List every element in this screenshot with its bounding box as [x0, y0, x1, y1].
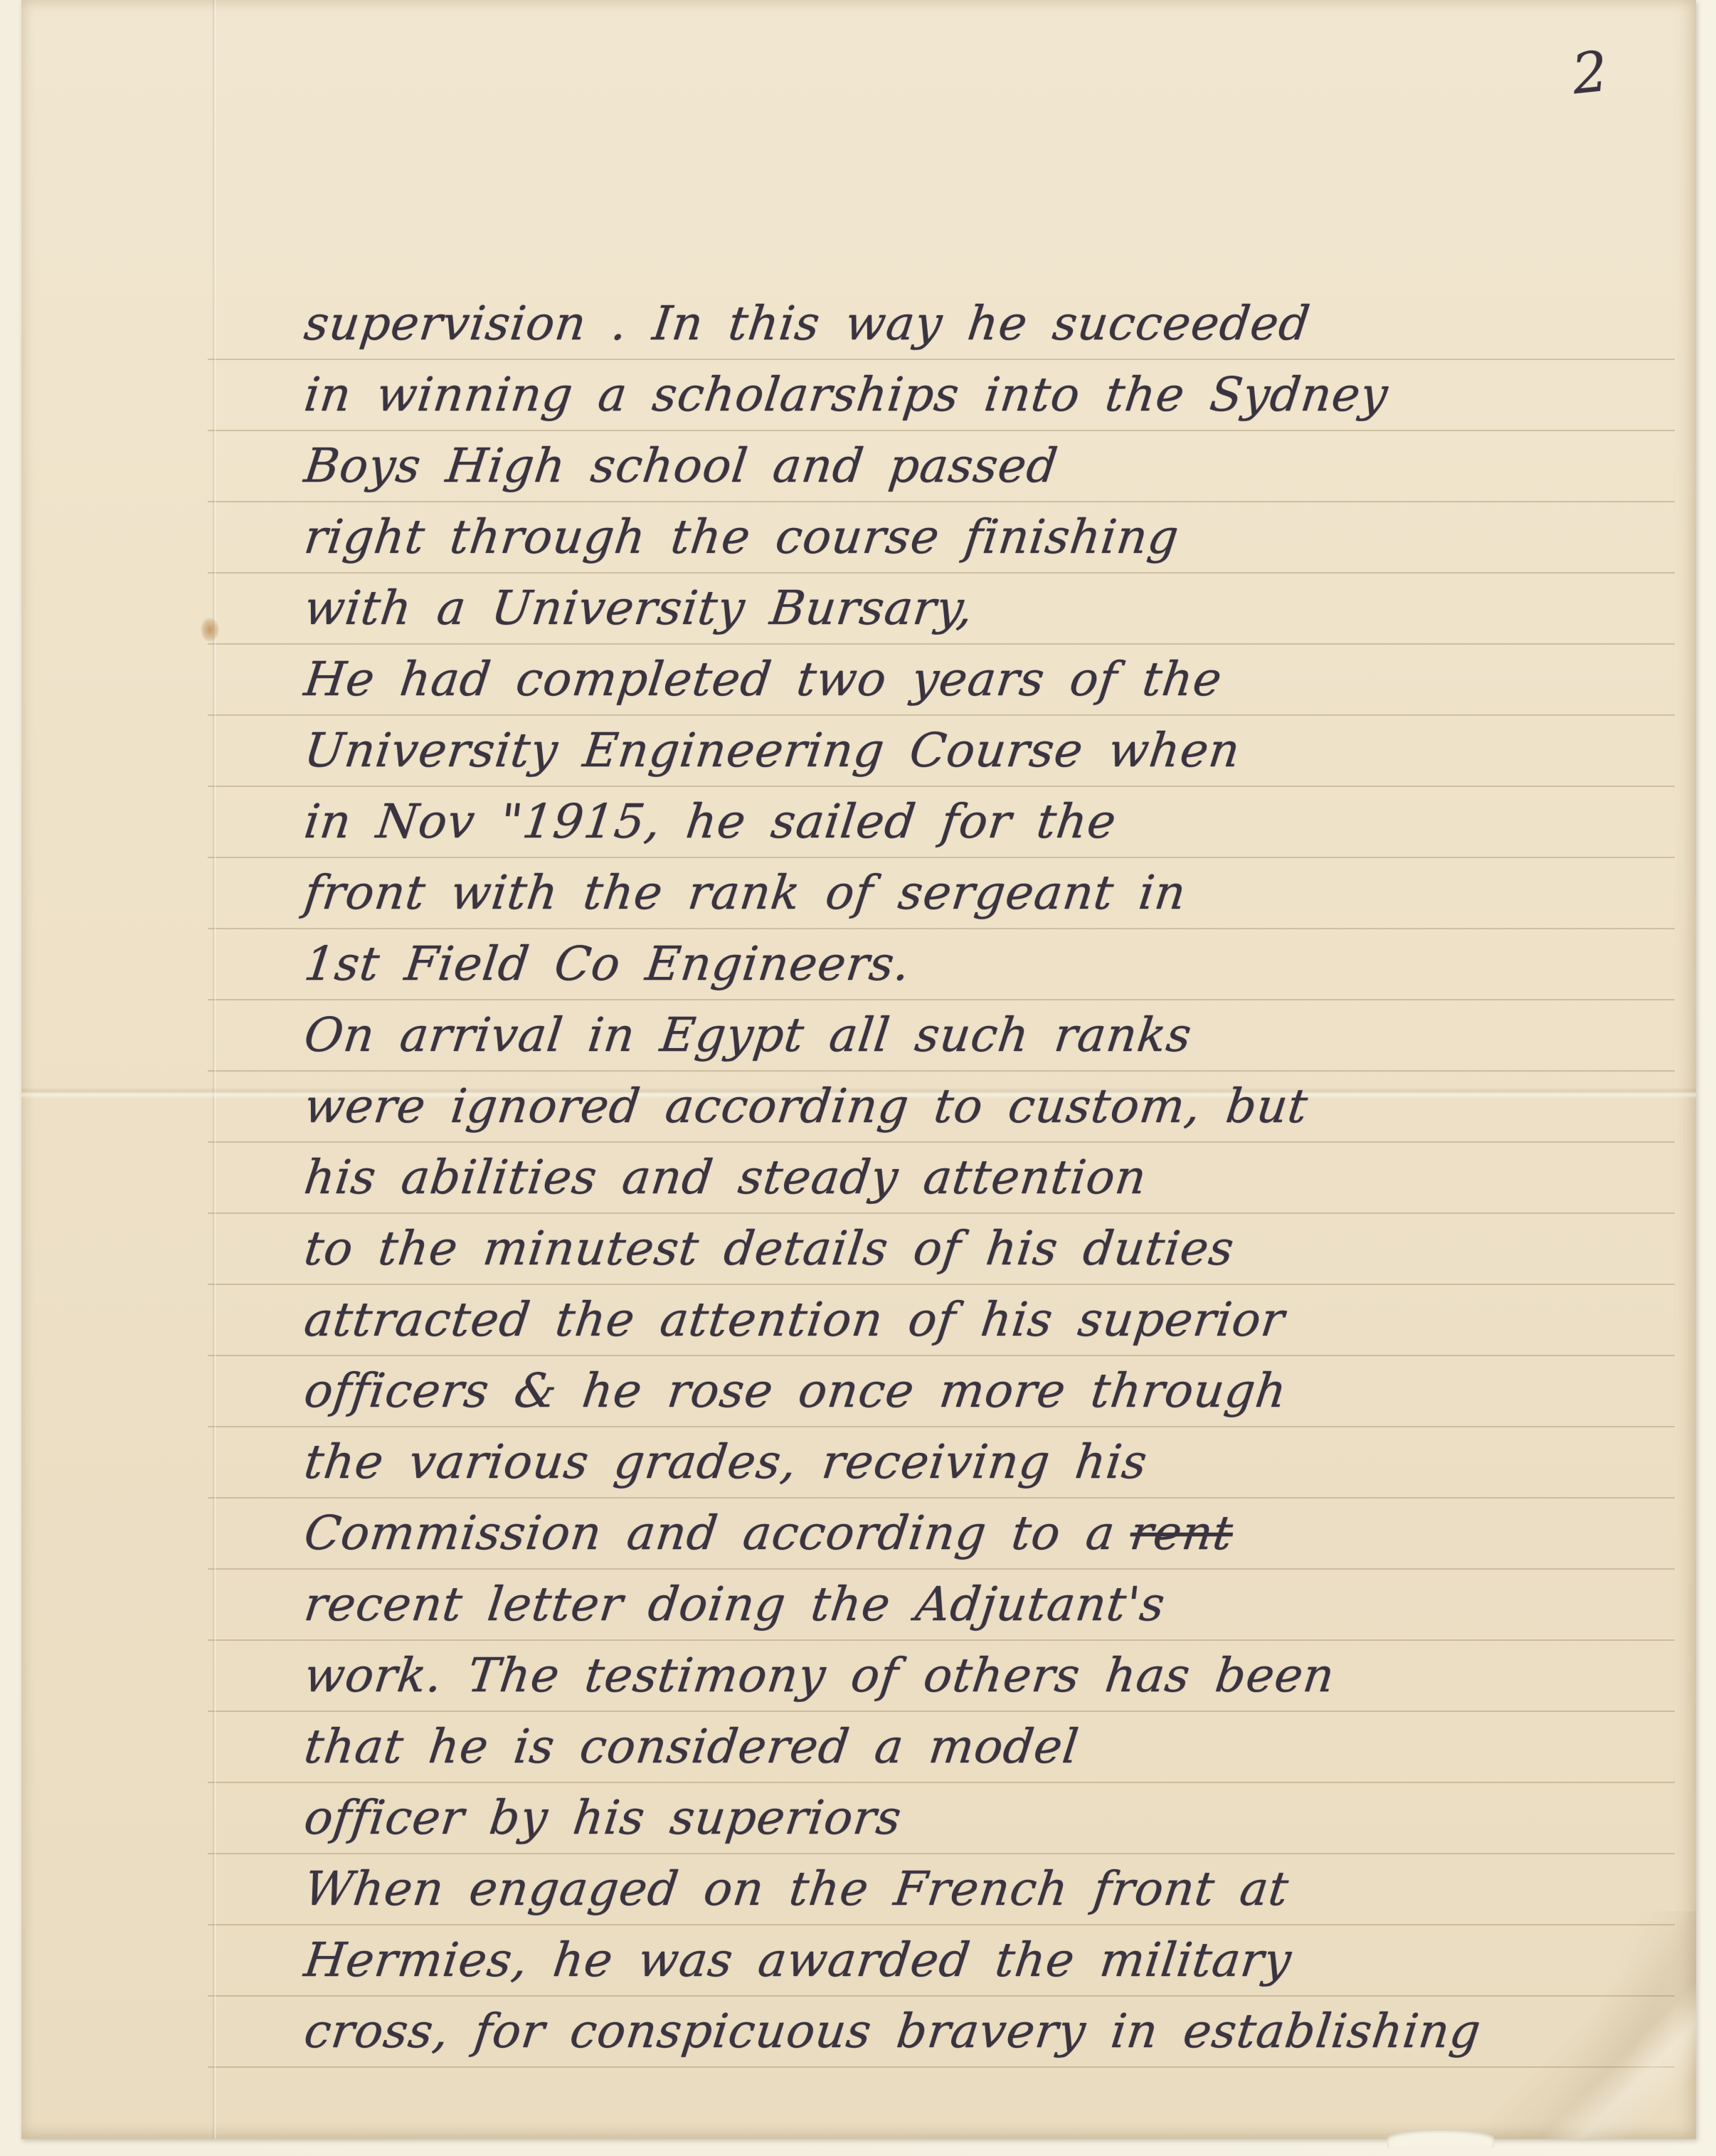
handwritten-text: 1st Field Co Engineers. — [301, 936, 913, 991]
handwritten-line: in Nov "1915, he sailed for the — [300, 786, 1689, 857]
handwritten-text: Boys High school and passed — [301, 438, 1061, 493]
handwritten-line: in winning a scholarships into the Sydne… — [300, 359, 1689, 430]
handwritten-text: to the minutest details of his duties — [301, 1221, 1237, 1276]
handwritten-text: University Engineering Course when — [301, 723, 1243, 778]
handwritten-text: in winning a scholarships into the Sydne… — [301, 367, 1391, 422]
handwritten-line: 1st Field Co Engineers. — [300, 929, 1689, 1000]
handwritten-text: recent letter doing the Adjutant's — [301, 1577, 1168, 1632]
page-number: 2 — [1569, 40, 1611, 107]
handwritten-line: the various grades, receiving his — [300, 1427, 1689, 1498]
handwritten-text: his abilities and steady attention — [301, 1150, 1150, 1205]
handwritten-text: On arrival in Egypt all such ranks — [301, 1008, 1195, 1062]
handwritten-line: to the minutest details of his duties — [300, 1213, 1689, 1284]
handwritten-text: Commission and according to a — [301, 1506, 1118, 1560]
handwritten-text: cross, for conspicuous bravery in establ… — [301, 2004, 1484, 2059]
handwritten-text: front with the rank of sergeant in — [301, 865, 1189, 920]
handwritten-line: Commission and according to arent — [300, 1498, 1689, 1569]
handwritten-line: Hermies, he was awarded the military — [300, 1925, 1689, 1996]
letter-page: 2 supervision . In this way he succeeded… — [21, 0, 1696, 2139]
handwritten-line: supervision . In this way he succeeded — [300, 288, 1689, 359]
handwritten-line: attracted the attention of his superior — [300, 1284, 1689, 1356]
handwritten-text: that he is considered a model — [301, 1719, 1081, 1774]
handwritten-line: his abilities and steady attention — [300, 1142, 1689, 1213]
handwritten-text: right through the course finishing — [301, 509, 1182, 564]
vertical-fold-crease — [212, 0, 216, 2139]
handwritten-text: in Nov "1915, he sailed for the — [301, 794, 1119, 849]
scan-background: 2 supervision . In this way he succeeded… — [0, 0, 1716, 2156]
handwritten-text: with a University Bursary, — [301, 581, 976, 635]
struck-word: rent — [1127, 1506, 1236, 1560]
handwritten-line: University Engineering Course when — [300, 715, 1689, 786]
handwriting-lines: supervision . In this way he succeededin… — [300, 288, 1680, 2067]
handwritten-text: supervision . In this way he succeeded — [301, 296, 1313, 351]
handwritten-text: work. The testimony of others has been — [301, 1648, 1338, 1703]
handwritten-text: officer by his superiors — [301, 1790, 904, 1845]
handwritten-text: the various grades, receiving his — [301, 1434, 1150, 1489]
handwritten-line: recent letter doing the Adjutant's — [300, 1569, 1689, 1640]
handwritten-text: officers & he rose once more through — [301, 1363, 1290, 1418]
handwritten-line: When engaged on the French front at — [300, 1854, 1689, 1925]
bottom-edge-notch — [1387, 2129, 1494, 2147]
handwritten-text: When engaged on the French front at — [301, 1861, 1291, 1916]
handwritten-line: right through the course finishing — [300, 502, 1689, 573]
handwritten-line: work. The testimony of others has been — [300, 1640, 1689, 1711]
paper-stain — [201, 618, 219, 642]
handwritten-line: cross, for conspicuous bravery in establ… — [300, 1996, 1689, 2067]
handwritten-text: were ignored according to custom, but — [301, 1079, 1310, 1134]
handwritten-line: officer by his superiors — [300, 1782, 1689, 1854]
handwritten-text: attracted the attention of his superior — [301, 1292, 1288, 1347]
handwritten-line: officers & he rose once more through — [300, 1356, 1689, 1427]
handwritten-text: Hermies, he was awarded the military — [301, 1933, 1294, 1987]
handwritten-text: He had completed two years of the — [301, 652, 1225, 707]
handwritten-line: that he is considered a model — [300, 1711, 1689, 1782]
handwritten-line: On arrival in Egypt all such ranks — [300, 1000, 1689, 1071]
handwritten-line: front with the rank of sergeant in — [300, 857, 1689, 929]
handwritten-line: with a University Bursary, — [300, 573, 1689, 644]
handwritten-line: were ignored according to custom, but — [300, 1071, 1689, 1142]
handwritten-line: He had completed two years of the — [300, 644, 1689, 715]
handwritten-line: Boys High school and passed — [300, 430, 1689, 502]
